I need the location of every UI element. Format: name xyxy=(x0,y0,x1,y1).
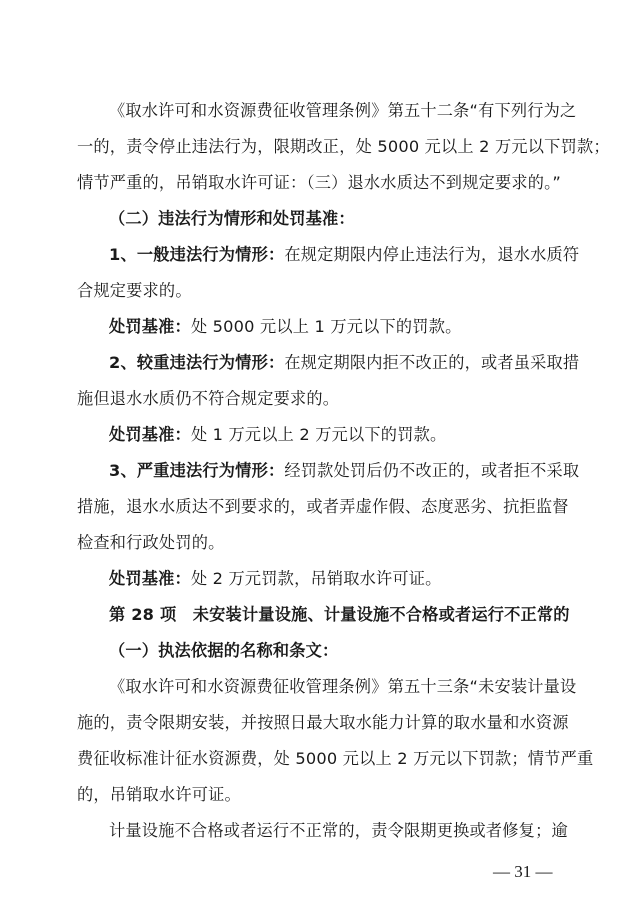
paragraph-line: 合规定要求的。 xyxy=(77,281,559,301)
paragraph-line: 施的，责令限期安装，并按照日最大取水能力计算的取水量和水资源 xyxy=(77,713,559,733)
label-serious-violation: 2、较重违法行为情形： xyxy=(109,353,284,372)
paragraph-line: 检查和行政处罚的。 xyxy=(77,533,559,553)
text: 处 1 万元以上 2 万元以下的罚款。 xyxy=(191,425,446,444)
paragraph-line: 《取水许可和水资源费征收管理条例》第五十二条“有下列行为之 xyxy=(109,101,559,121)
paragraph-line: 计量设施不合格或者运行不正常的，责令限期更换或者修复；逾 xyxy=(109,821,559,841)
label-penalty-standard: 处罚基准： xyxy=(109,569,191,588)
text: 处 2 万元罚款，吊销取水许可证。 xyxy=(191,569,442,588)
label-general-violation: 1、一般违法行为情形： xyxy=(109,245,284,264)
page-number: — 31 — xyxy=(493,862,553,882)
paragraph-line: 施但退水水质仍不符合规定要求的。 xyxy=(77,389,559,409)
paragraph-line: 处罚基准：处 2 万元罚款，吊销取水许可证。 xyxy=(109,569,559,589)
paragraph-line: 措施，退水水质达不到要求的，或者弄虚作假、态度恶劣、抗拒监督 xyxy=(77,497,559,517)
item-title: 第 28 项 未安装计量设施、计量设施不合格或者运行不正常的 xyxy=(109,605,559,625)
paragraph-line: 1、一般违法行为情形：在规定期限内停止违法行为，退水水质符 xyxy=(109,245,559,265)
paragraph-line: 处罚基准：处 5000 元以上 1 万元以下的罚款。 xyxy=(109,317,559,337)
paragraph-line: 的，吊销取水许可证。 xyxy=(77,785,559,805)
label-penalty-standard: 处罚基准： xyxy=(109,425,191,444)
text: 在规定期限内拒不改正的，或者虽采取措 xyxy=(284,353,579,372)
text: 处 5000 元以上 1 万元以下的罚款。 xyxy=(191,317,462,336)
section-heading: （二）违法行为情形和处罚基准： xyxy=(109,209,559,229)
section-heading: （一）执法依据的名称和条文： xyxy=(109,641,559,661)
paragraph-line: 3、严重违法行为情形：经罚款处罚后仍不改正的，或者拒不采取 xyxy=(109,461,559,481)
label-severe-violation: 3、严重违法行为情形： xyxy=(109,461,284,480)
paragraph-line: 费征收标准计征水资源费，处 5000 元以上 2 万元以下罚款；情节严重 xyxy=(77,749,559,769)
paragraph-line: 情节严重的，吊销取水许可证：（三）退水水质达不到规定要求的。” xyxy=(77,173,559,193)
text: 在规定期限内停止违法行为，退水水质符 xyxy=(284,245,579,264)
paragraph-line: 2、较重违法行为情形：在规定期限内拒不改正的，或者虽采取措 xyxy=(109,353,559,373)
text: 经罚款处罚后仍不改正的，或者拒不采取 xyxy=(284,461,579,480)
paragraph-line: 一的，责令停止违法行为，限期改正，处 5000 元以上 2 万元以下罚款； xyxy=(77,137,559,157)
document-page: 《取水许可和水资源费征收管理条例》第五十二条“有下列行为之 一的，责令停止违法行… xyxy=(0,0,635,898)
label-penalty-standard: 处罚基准： xyxy=(109,317,191,336)
paragraph-line: 《取水许可和水资源费征收管理条例》第五十三条“未安装计量设 xyxy=(109,677,559,697)
paragraph-line: 处罚基准：处 1 万元以上 2 万元以下的罚款。 xyxy=(109,425,559,445)
